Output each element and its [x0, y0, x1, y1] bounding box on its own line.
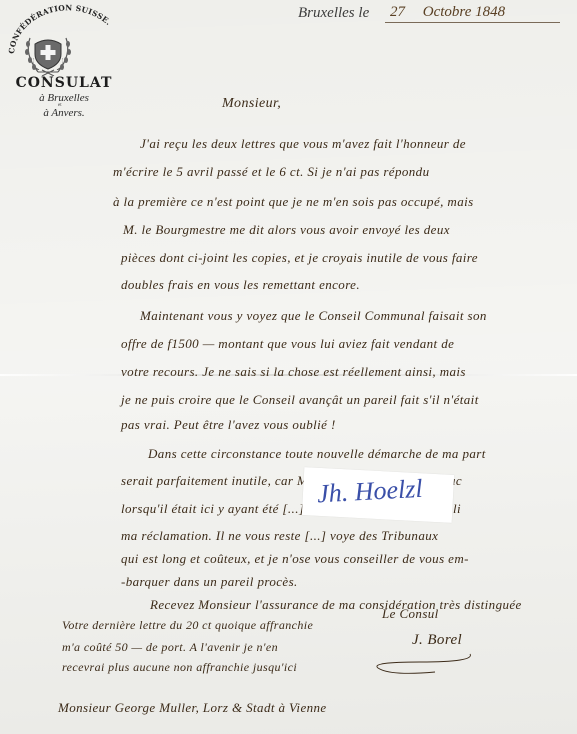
date-month: Octobre: [423, 4, 472, 20]
dateline-rule: [385, 22, 560, 23]
blue-signature: Jh. Hoelzl: [316, 474, 423, 509]
body-line: je ne puis croire que le Conseil avançât…: [121, 392, 479, 408]
date-day: 27: [390, 4, 405, 20]
body-line: doubles frais en vous les remettant enco…: [121, 277, 360, 293]
consulate-letterhead: CONFÉDÉRATION SUISSE. CONSULAT à Bruxell…: [0, 0, 135, 125]
date-year: 1848: [475, 4, 505, 20]
laurel-wreath-icon: [20, 32, 76, 76]
dateline-date: 27 Octobre 1848: [390, 4, 505, 21]
body-line: pièces dont ci-joint les copies, et je c…: [121, 250, 478, 266]
salutation: Monsieur,: [222, 96, 281, 112]
body-line: pas vrai. Peut être l'avez vous oublié !: [121, 417, 336, 433]
body-line: ma réclamation. Il ne vous reste [...] v…: [121, 528, 438, 544]
body-line: M. le Bourgmestre me dit alors vous avoi…: [123, 222, 450, 238]
body-line: Dans cette circonstance toute nouvelle d…: [148, 446, 486, 462]
body-line: m'écrire le 5 avril passé et le 6 ct. Si…: [113, 164, 429, 180]
closing-title: Le Consul: [382, 606, 439, 622]
postscript-line: recevrai plus aucune non affranchie jusq…: [62, 660, 297, 675]
city-antwerp: à Anvers.: [4, 107, 124, 119]
body-line: -barquer dans un pareil procès.: [121, 574, 298, 590]
body-line: Maintenant vous y voyez que le Conseil C…: [140, 308, 487, 324]
closing-signature: J. Borel: [412, 632, 462, 649]
signature-flourish: [360, 648, 480, 678]
postscript-line: Votre dernière lettre du 20 ct quoique a…: [62, 618, 313, 633]
city-brussels: à Bruxelles: [4, 92, 124, 104]
consulat-title: CONSULAT: [4, 75, 124, 91]
body-line: votre recours. Je ne sais si la chose es…: [121, 364, 466, 380]
collector-signature-slip: Jh. Hoelzl: [302, 467, 454, 523]
body-line: qui est long et coûteux, et je n'ose vou…: [121, 551, 469, 567]
body-line: à la première ce n'est point que je ne m…: [113, 194, 474, 210]
body-line: J'ai reçu les deux lettres que vous m'av…: [140, 136, 466, 152]
dateline-place: Bruxelles le: [298, 5, 369, 22]
body-line: offre de f1500 — montant que vous lui av…: [121, 336, 454, 352]
body-line: Recevez Monsieur l'assurance de ma consi…: [150, 597, 522, 613]
letter-page: CONFÉDÉRATION SUISSE. CONSULAT à Bruxell…: [0, 0, 577, 734]
postscript-line: m'a coûté 50 — de port. A l'avenir je n'…: [62, 640, 278, 655]
addressee: Monsieur George Muller, Lorz & Stadt à V…: [58, 700, 327, 716]
